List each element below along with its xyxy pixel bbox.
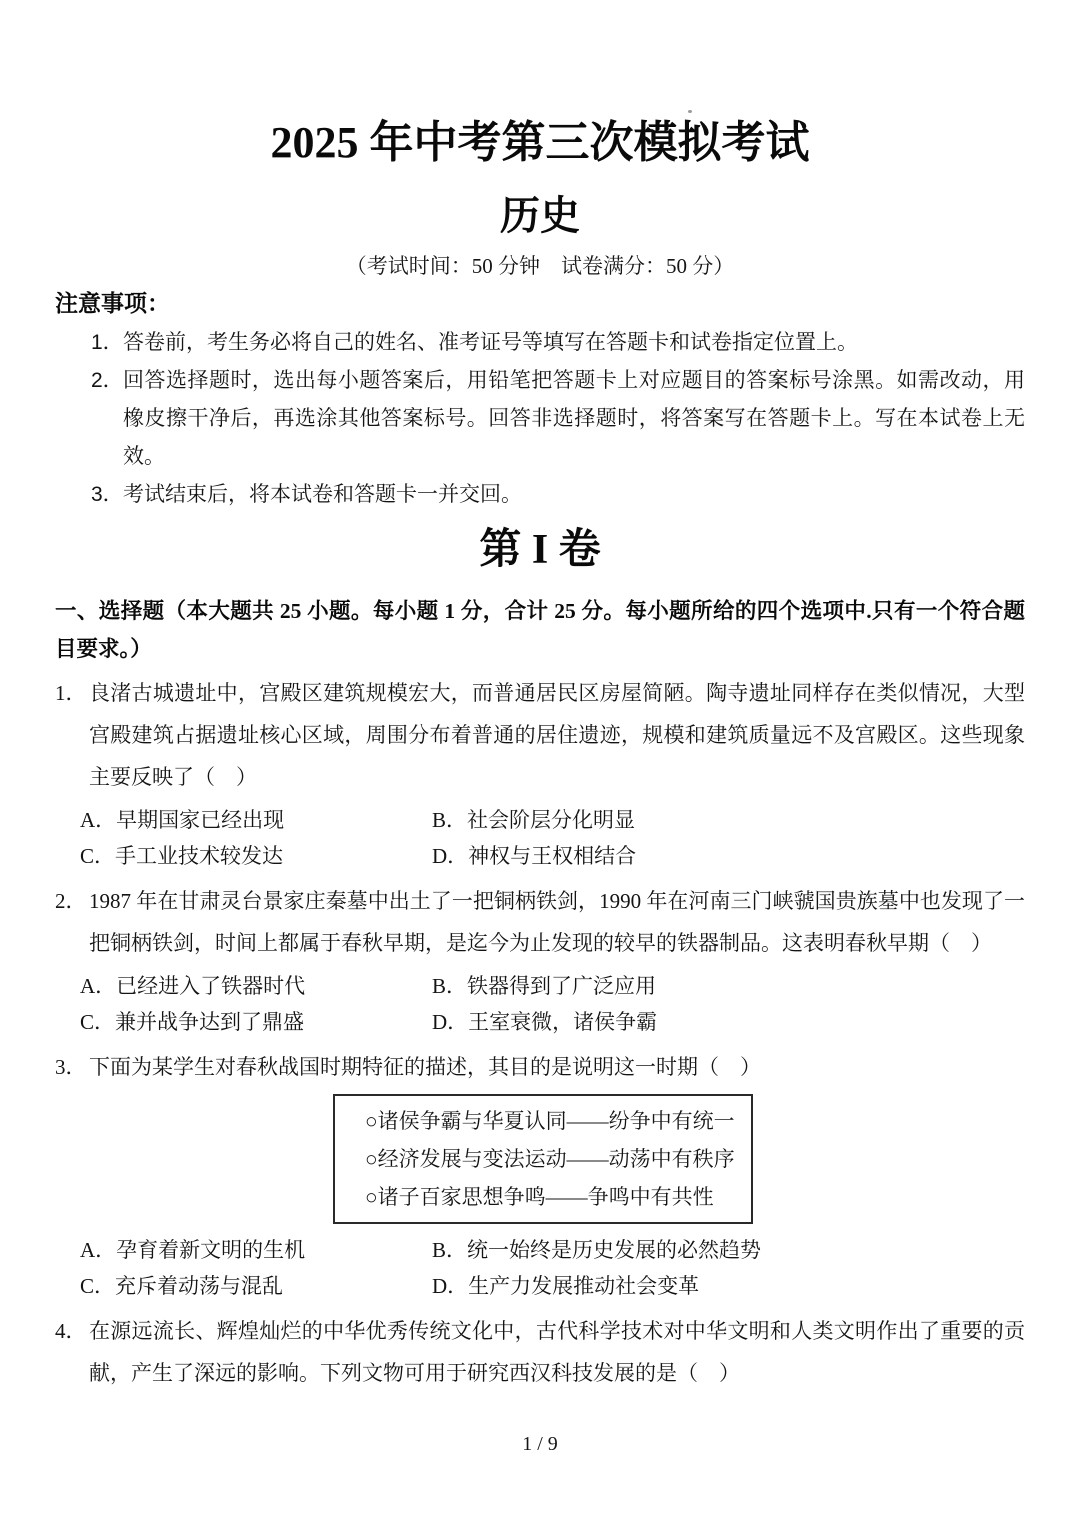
question-2-options: A．已经进入了铁器时代 B．铁器得到了广泛应用 C．兼并战争达到了鼎盛 D．王室… (80, 968, 1025, 1040)
question-2: 2． 1987 年在甘肃灵台景家庄秦墓中出土了一把铜柄铁剑，1990 年在河南三… (55, 880, 1025, 964)
exam-info: （考试时间：50 分钟 试卷满分：50 分） (55, 252, 1025, 280)
notice-item-number: 1． (91, 324, 124, 362)
option-d: D．王室衰微，诸侯争霸 (432, 1004, 1025, 1040)
option-b: B．统一始终是历史发展的必然趋势 (432, 1232, 1025, 1268)
option-d: D．神权与王权相结合 (432, 838, 1025, 874)
question-number: 2． (55, 880, 87, 922)
question-1-options: A．早期国家已经出现 B．社会阶层分化明显 C．手工业技术较发达 D．神权与王权… (80, 802, 1025, 874)
question-stem: 下面为某学生对春秋战国时期特征的描述，其目的是说明这一时期（ ） (89, 1055, 761, 1079)
option-d: D．生产力发展推动社会变革 (432, 1268, 1025, 1304)
question-stem: 1987 年在甘肃灵台景家庄秦墓中出土了一把铜柄铁剑，1990 年在河南三门峡虢… (89, 889, 1025, 955)
notice-item-1: 1． 答卷前，考生务必将自己的姓名、准考证号等填写在答题卡和试卷指定位置上。 (55, 324, 1025, 362)
question-stem: 在源远流长、辉煌灿烂的中华优秀传统文化中，古代科学技术对中华文明和人类文明作出了… (89, 1319, 1025, 1385)
question-number: 3． (55, 1046, 87, 1088)
exam-paper-page: 2025 年中考第三次模拟考试 历史 （考试时间：50 分钟 试卷满分：50 分… (0, 118, 1080, 1458)
notice-item-text: 答卷前，考生务必将自己的姓名、准考证号等填写在答题卡和试卷指定位置上。 (123, 331, 858, 354)
notice-item-text: 回答选择题时，选出每小题答案后，用铅笔把答题卡上对应题目的答案标号涂黑。如需改动… (123, 369, 1025, 468)
option-c: C．充斥着动荡与混乱 (80, 1268, 432, 1304)
option-b: B．社会阶层分化明显 (432, 802, 1025, 838)
notice-item-3: 3． 考试结束后，将本试卷和答题卡一并交回。 (55, 476, 1025, 514)
notice-section: 注意事项： 1． 答卷前，考生务必将自己的姓名、准考证号等填写在答题卡和试卷指定… (55, 288, 1025, 514)
notice-list: 1． 答卷前，考生务必将自己的姓名、准考证号等填写在答题卡和试卷指定位置上。 2… (55, 324, 1025, 514)
question-4: 4． 在源远流长、辉煌灿烂的中华优秀传统文化中，古代科学技术对中华文明和人类文明… (55, 1310, 1025, 1394)
option-c: C．手工业技术较发达 (80, 838, 432, 874)
notice-heading: 注意事项： (55, 288, 1025, 318)
page-number: 1 / 9 (55, 1430, 1025, 1458)
exam-subject: 历史 (55, 192, 1025, 240)
question-number: 1． (55, 672, 87, 714)
option-a: A．早期国家已经出现 (80, 802, 432, 838)
question-3-text-box: ○诸侯争霸与华夏认同——纷争中有统一 ○经济发展与变法运动——动荡中有秩序 ○诸… (333, 1094, 753, 1224)
option-a: A．孕育着新文明的生机 (80, 1232, 432, 1268)
question-3: 3． 下面为某学生对春秋战国时期特征的描述，其目的是说明这一时期（ ） (55, 1046, 1025, 1088)
stray-mark (688, 110, 692, 113)
option-c: C．兼并战争达到了鼎盛 (80, 1004, 432, 1040)
question-3-options: A．孕育着新文明的生机 B．统一始终是历史发展的必然趋势 C．充斥着动荡与混乱 … (80, 1232, 1025, 1304)
notice-item-number: 3． (91, 476, 124, 514)
multiple-choice-section-heading: 一、选择题（本大题共 25 小题。每小题 1 分，合计 25 分。每小题所给的四… (55, 592, 1025, 668)
box-line-3: ○诸子百家思想争鸣——争鸣中有共性 (365, 1178, 741, 1216)
question-1: 1． 良渚古城遗址中，宫殿区建筑规模宏大，而普通居民区房屋简陋。陶寺遗址同样存在… (55, 672, 1025, 798)
notice-item-text: 考试结束后，将本试卷和答题卡一并交回。 (123, 483, 522, 506)
exam-title: 2025 年中考第三次模拟考试 (55, 118, 1025, 168)
notice-item-2: 2． 回答选择题时，选出每小题答案后，用铅笔把答题卡上对应题目的答案标号涂黑。如… (55, 362, 1025, 476)
question-stem: 良渚古城遗址中，宫殿区建筑规模宏大，而普通居民区房屋简陋。陶寺遗址同样存在类似情… (89, 681, 1025, 789)
part-one-heading: 第 I 卷 (55, 524, 1025, 576)
box-line-1: ○诸侯争霸与华夏认同——纷争中有统一 (365, 1102, 741, 1140)
box-line-2: ○经济发展与变法运动——动荡中有秩序 (365, 1140, 741, 1178)
notice-item-number: 2． (91, 362, 124, 400)
question-number: 4． (55, 1310, 87, 1352)
option-b: B．铁器得到了广泛应用 (432, 968, 1025, 1004)
option-a: A．已经进入了铁器时代 (80, 968, 432, 1004)
